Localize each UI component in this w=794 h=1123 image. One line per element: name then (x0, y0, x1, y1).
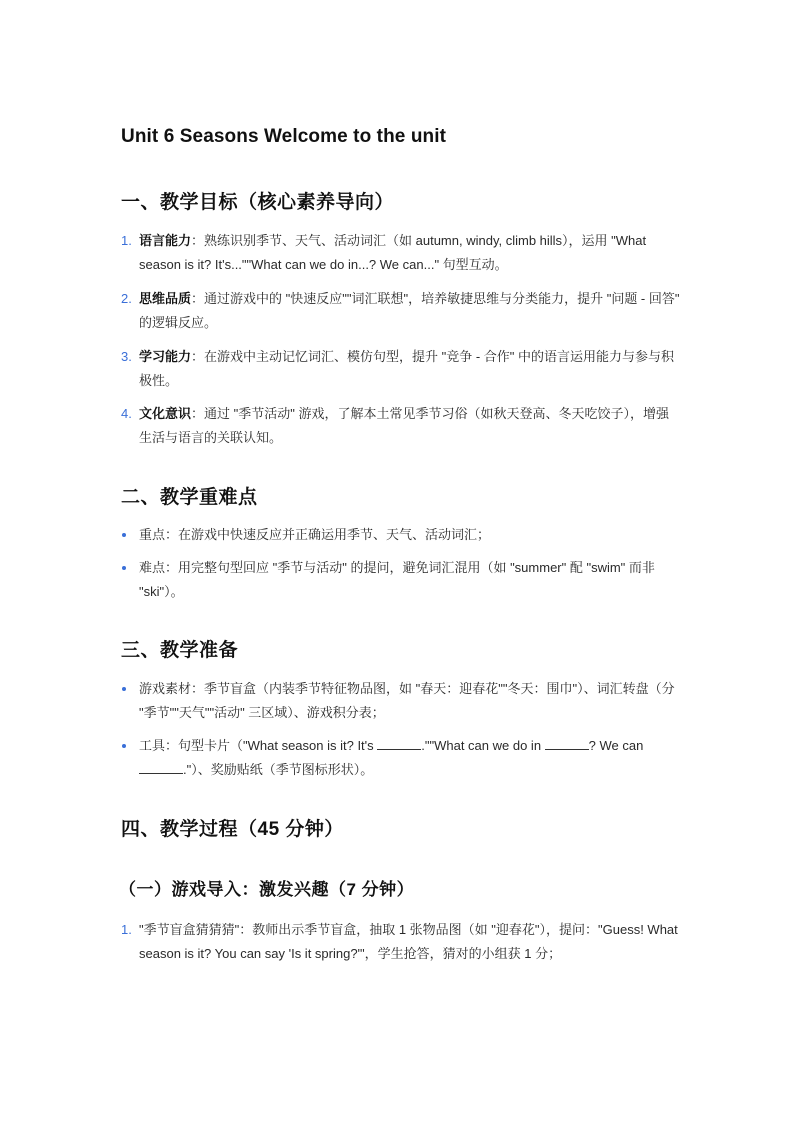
list-item-text: 工具：句型卡片（"What season is it? It's .""What… (121, 734, 681, 782)
item-body: ：熟练识别季节、天气、活动词汇（如 autumn, windy, climb h… (139, 233, 646, 272)
list-item-text: 思维品质：通过游戏中的 "快速反应""词汇联想"，培养敏捷思维与分类能力，提升 … (121, 287, 681, 335)
list-number: 1. (121, 229, 132, 253)
item-label: 思维品质 (139, 291, 191, 306)
item-body: ：在游戏中主动记忆词汇、模仿句型，提升 "竞争 - 合作" 中的语言运用能力与参… (139, 349, 674, 388)
document-title: Unit 6 Seasons Welcome to the unit (121, 126, 446, 148)
objective-item-thinking: 2. 思维品质：通过游戏中的 "快速反应""词汇联想"，培养敏捷思维与分类能力，… (121, 287, 681, 335)
list-number: 3. (121, 345, 132, 369)
process-item-season-blind-box: 1. "季节盲盒猜猜猜"：教师出示季节盲盒，抽取 1 张物品图（如 "迎春花"）… (121, 918, 681, 966)
list-number: 2. (121, 287, 132, 311)
key-point-item: 重点：在游戏中快速反应并正确运用季节、天气、活动词汇； (121, 523, 681, 547)
objective-item-language: 1. 语言能力：熟练识别季节、天气、活动词汇（如 autumn, windy, … (121, 229, 681, 277)
list-item-text: 语言能力：熟练识别季节、天气、活动词汇（如 autumn, windy, cli… (121, 229, 681, 277)
section-heading-preparation: 三、教学准备 (121, 635, 238, 662)
fill-blank (139, 761, 183, 774)
objective-item-learning: 3. 学习能力：在游戏中主动记忆词汇、模仿句型，提升 "竞争 - 合作" 中的语… (121, 345, 681, 393)
list-item-text: "季节盲盒猜猜猜"：教师出示季节盲盒，抽取 1 张物品图（如 "迎春花"），提问… (121, 918, 681, 966)
list-item-text: 重点：在游戏中快速反应并正确运用季节、天气、活动词汇； (121, 523, 681, 547)
list-item-text: 学习能力：在游戏中主动记忆词汇、模仿句型，提升 "竞争 - 合作" 中的语言运用… (121, 345, 681, 393)
section-heading-key-points: 二、教学重难点 (121, 482, 258, 509)
list-item-text: 难点：用完整句型回应 "季节与活动" 的提问，避免词汇混用（如 "summer"… (121, 556, 681, 604)
difficulty-item: 难点：用完整句型回应 "季节与活动" 的提问，避免词汇混用（如 "summer"… (121, 556, 681, 604)
section-heading-teaching-objectives: 一、教学目标（核心素养导向） (121, 187, 394, 214)
item-label: 语言能力 (139, 233, 191, 248)
subsection-heading-game-intro: （一）游戏导入：激发兴趣（7 分钟） (119, 875, 414, 900)
list-number: 1. (121, 918, 132, 942)
preparation-item-materials: 游戏素材：季节盲盒（内装季节特征物品图，如 "春天：迎春花""冬天：围巾"）、词… (121, 677, 681, 725)
preparation-item-tools: 工具：句型卡片（"What season is it? It's .""What… (121, 734, 681, 782)
bullet-icon (122, 566, 126, 570)
fill-blank (377, 737, 421, 750)
item-body: ：通过游戏中的 "快速反应""词汇联想"，培养敏捷思维与分类能力，提升 "问题 … (139, 291, 679, 330)
fill-blank (545, 737, 589, 750)
list-number: 4. (121, 402, 132, 426)
objective-item-culture: 4. 文化意识：通过 "季节活动" 游戏，了解本土常见季节习俗（如秋天登高、冬天… (121, 402, 681, 450)
item-label: 学习能力 (139, 349, 191, 364)
item-body: ：通过 "季节活动" 游戏，了解本土常见季节习俗（如秋天登高、冬天吃饺子），增强… (139, 406, 669, 445)
bullet-icon (122, 744, 126, 748)
list-item-text: 游戏素材：季节盲盒（内装季节特征物品图，如 "春天：迎春花""冬天：围巾"）、词… (121, 677, 681, 725)
list-item-text: 文化意识：通过 "季节活动" 游戏，了解本土常见季节习俗（如秋天登高、冬天吃饺子… (121, 402, 681, 450)
section-heading-teaching-process: 四、教学过程（45 分钟） (121, 814, 344, 841)
item-label: 文化意识 (139, 406, 191, 421)
bullet-icon (122, 687, 126, 691)
bullet-icon (122, 533, 126, 537)
